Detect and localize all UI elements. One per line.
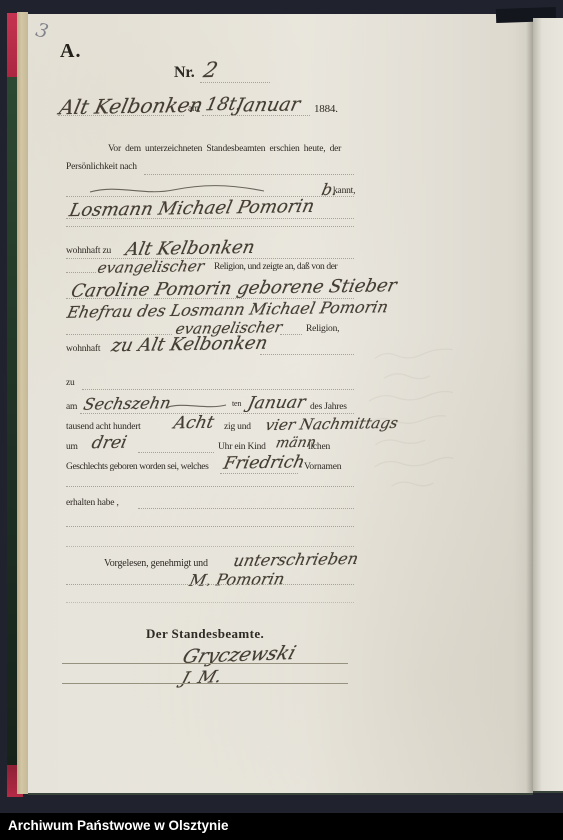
dateline-am: am <box>188 104 199 114</box>
dotted-rule <box>200 82 270 83</box>
signature-line <box>62 683 348 684</box>
dotted-rule <box>220 473 298 474</box>
religion-1-printed: Religion, und zeigte an, daß von der <box>214 262 337 272</box>
register-page: 3 A. Nr. 2 Alt Kelbonken am 18t. Januar … <box>28 14 533 795</box>
birth-month-hand: Januar <box>246 393 308 414</box>
des-jahres-label: des Jahres <box>310 402 347 412</box>
dateline-month: Januar <box>234 93 303 116</box>
dotted-rule <box>66 584 354 585</box>
dotted-rule <box>66 526 354 527</box>
ink-flourish <box>88 182 268 198</box>
zu-label: zu <box>66 378 75 388</box>
um-label: um <box>66 442 78 452</box>
ink-dash <box>166 400 228 412</box>
tausend-label: tausend acht hundert <box>66 422 141 432</box>
unterschrieben-hand: unterschrieben <box>232 549 360 570</box>
geschlechts-label: Geschlechts geboren worden sei, welches <box>66 462 208 472</box>
archive-watermark-bar: Archiwum Państwowe w Olsztynie <box>0 813 563 840</box>
intro-line: Vor dem unterzeichneten Standesbeamten e… <box>108 144 358 154</box>
dotted-rule <box>82 389 354 390</box>
dotted-rule <box>138 508 354 509</box>
ten-suffix: ten <box>232 399 241 408</box>
vorgelesen-label: Vorgelesen, genehmigt und <box>104 558 208 569</box>
bleedthrough-text <box>358 342 498 492</box>
dotted-rule <box>66 272 96 273</box>
scanned-register-view: { "colors": { "frame": "#20232e", "page"… <box>0 0 563 840</box>
archive-name: Archiwum Państwowe w Olsztynie <box>8 818 229 833</box>
dotted-rule <box>66 546 354 547</box>
dotted-rule <box>144 174 354 175</box>
religion-1-hand: evangelischer <box>96 257 206 277</box>
dotted-rule <box>260 354 354 355</box>
vornamen-label: Vornamen <box>304 462 341 472</box>
wohnhaft-label: wohnhaft <box>66 344 100 354</box>
page-stack-edge <box>17 12 28 794</box>
religion-2-printed: Religion, <box>306 324 339 334</box>
persoenlichkeit-line: Persönlichkeit nach <box>66 162 137 172</box>
section-letter: A. <box>60 40 81 63</box>
hour-hand: drei <box>90 433 129 454</box>
dotted-rule <box>66 218 354 219</box>
record-number-label: Nr. <box>174 64 195 82</box>
dotted-rule <box>66 486 354 487</box>
registrar-title: Der Standesbeamte. <box>146 626 264 642</box>
decade-hand: Acht <box>172 413 216 434</box>
child-name-hand: Friedrich <box>222 452 307 473</box>
am-label: am <box>66 402 77 412</box>
dotted-rule <box>138 452 214 453</box>
uhr-ein-kind-label: Uhr ein Kind <box>218 442 266 452</box>
lichen-label: lichen <box>308 442 330 452</box>
registrar-paraph: J. M. <box>179 667 225 689</box>
declarant-signature: M. Pomorin <box>188 569 287 590</box>
bekannt-printed: kannt, <box>333 186 355 196</box>
dotted-rule <box>80 413 354 414</box>
pencil-folio-number: 3 <box>34 19 51 43</box>
residence-2: zu Alt Kelbonken <box>109 333 269 357</box>
zig-und-label: zig und <box>224 422 251 432</box>
dotted-rule <box>58 115 184 116</box>
dotted-rule <box>202 115 310 116</box>
signature-line <box>62 663 348 664</box>
record-number-value: 2 <box>201 58 220 82</box>
dateline-year: 1884. <box>314 103 338 115</box>
registrar-signature: Gryczewski <box>180 642 299 668</box>
next-page-edge <box>533 18 563 793</box>
birth-day-hand: Sechszehn <box>82 393 173 414</box>
wohnhaft-zu-label: wohnhaft zu <box>66 246 111 256</box>
erhalten-label: erhalten habe , <box>66 498 119 508</box>
dotted-rule <box>66 226 354 227</box>
dotted-rule <box>66 602 354 603</box>
dotted-rule <box>280 334 302 335</box>
